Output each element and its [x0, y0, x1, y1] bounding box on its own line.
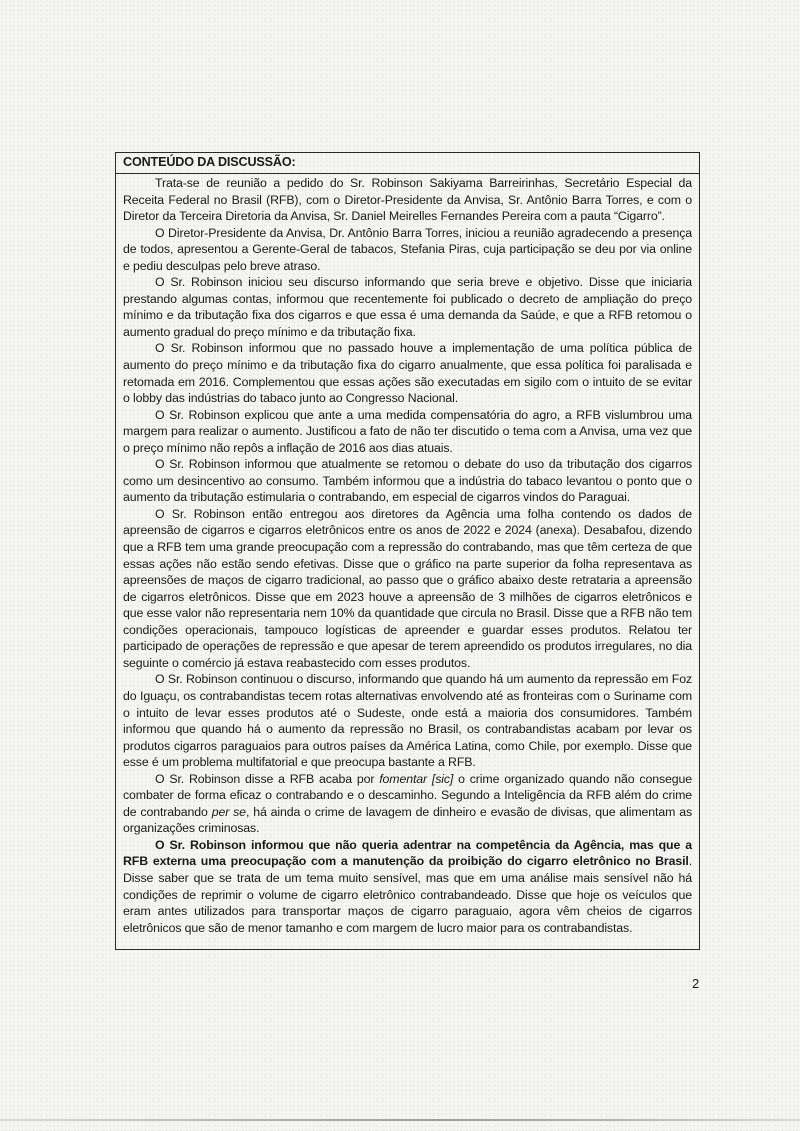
- page-number: 2: [692, 976, 699, 991]
- section-title: CONTEÚDO DA DISCUSSÃO:: [116, 153, 699, 174]
- paragraph-compensatory-measure: O Sr. Robinson explicou que ante a uma m…: [123, 407, 692, 457]
- paragraph-meeting-purpose: Trata-se de reunião a pedido do Sr. Robi…: [123, 175, 692, 225]
- paragraph-decree: O Sr. Robinson iniciou seu discurso info…: [123, 274, 692, 340]
- organized-crime-italic-2: per se: [212, 805, 246, 819]
- document-page: CONTEÚDO DA DISCUSSÃO: Trata-se de reuni…: [0, 0, 800, 1131]
- organized-crime-italic-1: fomentar [sic]: [379, 772, 453, 786]
- scan-edge-line: [0, 1119, 800, 1121]
- paragraph-taxation-debate: O Sr. Robinson informou que atualmente s…: [123, 456, 692, 506]
- paragraph-policy-history: O Sr. Robinson informou que no passado h…: [123, 340, 692, 406]
- organized-crime-text-1: O Sr. Robinson disse a RFB acaba por: [155, 772, 379, 786]
- paragraph-seizure-data: O Sr. Robinson então entregou aos direto…: [123, 506, 692, 671]
- discussion-body: Trata-se de reunião a pedido do Sr. Robi…: [116, 174, 699, 936]
- paragraph-opening: O Diretor-Presidente da Anvisa, Dr. Antô…: [123, 225, 692, 275]
- discussion-content-box: CONTEÚDO DA DISCUSSÃO: Trata-se de reuni…: [115, 152, 700, 950]
- paragraph-smuggling-routes: O Sr. Robinson continuou o discurso, inf…: [123, 671, 692, 770]
- paragraph-organized-crime: O Sr. Robinson disse a RFB acaba por fom…: [123, 771, 692, 837]
- e-cigarette-ban-bold: O Sr. Robinson informou que não queria a…: [123, 838, 692, 869]
- paragraph-e-cigarette-ban: O Sr. Robinson informou que não queria a…: [123, 837, 692, 936]
